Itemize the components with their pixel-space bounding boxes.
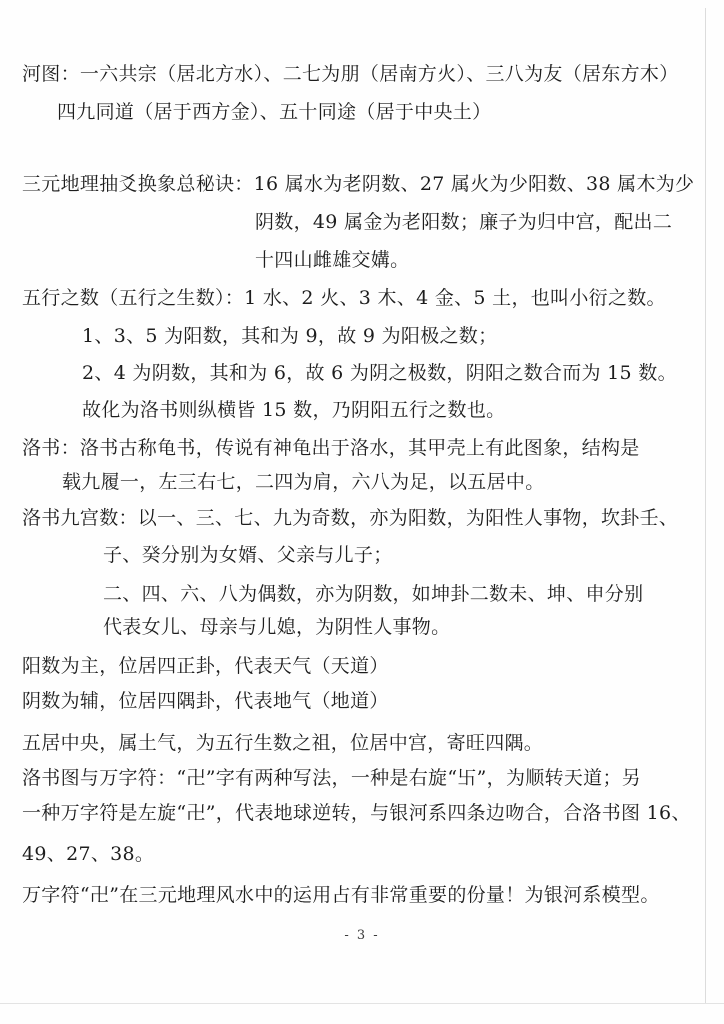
text-line: 2、4 为阴数，其和为 6，故 6 为阴之极数，阴阳之数合而为 15 数。	[82, 361, 677, 385]
text-line: 故化为洛书则纵横皆 15 数，乃阴阳五行之数也。	[82, 398, 505, 422]
text-line: 49、27、38。	[22, 842, 154, 866]
text-line: 河图：一六共宗（居北方水）、二七为朋（居南方火）、三八为友（居东方木）	[22, 62, 679, 86]
text-line: 二、四、六、八为偶数，亦为阴数，如坤卦二数未、坤、申分别	[103, 582, 643, 606]
text-line: 十四山雌雄交媾。	[255, 248, 409, 272]
text-line: 万字符“卍”在三元地理风水中的运用占有非常重要的份量！为银河系模型。	[22, 883, 660, 907]
text-line: 代表女儿、母亲与儿媳，为阴性人事物。	[103, 615, 450, 639]
text-line: 洛书九宫数：以一、三、七、九为奇数，亦为阳数，为阳性人事物，坎卦壬、	[22, 506, 678, 530]
text-line: 四九同道（居于西方金）、五十同途（居于中央土）	[57, 100, 491, 124]
text-line: 阴数为辅，位居四隅卦，代表地气（地道）	[22, 689, 389, 713]
scanned-document-page: 河图：一六共宗（居北方水）、二七为朋（居南方火）、三八为友（居东方木） 四九同道…	[0, 0, 724, 1024]
text-line: 五行之数（五行之生数）：1 水、2 火、3 木、4 金、5 土，也叫小衍之数。	[22, 286, 666, 310]
text-line: 子、癸分别为女婿、父亲与儿子；	[103, 543, 393, 567]
page-number: - 3 -	[0, 928, 724, 943]
text-line: 载九履一，左三右七，二四为肩，六八为足，以五居中。	[62, 470, 545, 494]
text-line: 五居中央，属土气，为五行生数之祖，位居中宫，寄旺四隅。	[22, 731, 543, 755]
scan-edge-horizontal-line	[0, 1003, 724, 1004]
scan-edge-vertical-line	[705, 8, 706, 1004]
text-line: 阴数，49 属金为老阳数；廉子为归中宫，配出二	[255, 210, 672, 234]
text-line: 一种万字符是左旋“卍”，代表地球逆转，与银河系四条边吻合，合洛书图 16、	[22, 801, 691, 825]
text-line: 洛书：洛书古称龟书，传说有神龟出于洛水，其甲壳上有此图象，结构是	[22, 436, 640, 460]
text-line: 洛书图与万字符：“卍”字有两种写法，一种是右旋“卐”，为顺转天道；另	[22, 766, 641, 790]
text-line: 阳数为主，位居四正卦，代表天气（天道）	[22, 654, 389, 678]
text-line: 三元地理抽爻换象总秘诀：16 属水为老阴数、27 属火为少阳数、38 属木为少	[22, 172, 694, 196]
text-line: 1、3、5 为阳数，其和为 9，故 9 为阳极之数；	[82, 324, 497, 348]
